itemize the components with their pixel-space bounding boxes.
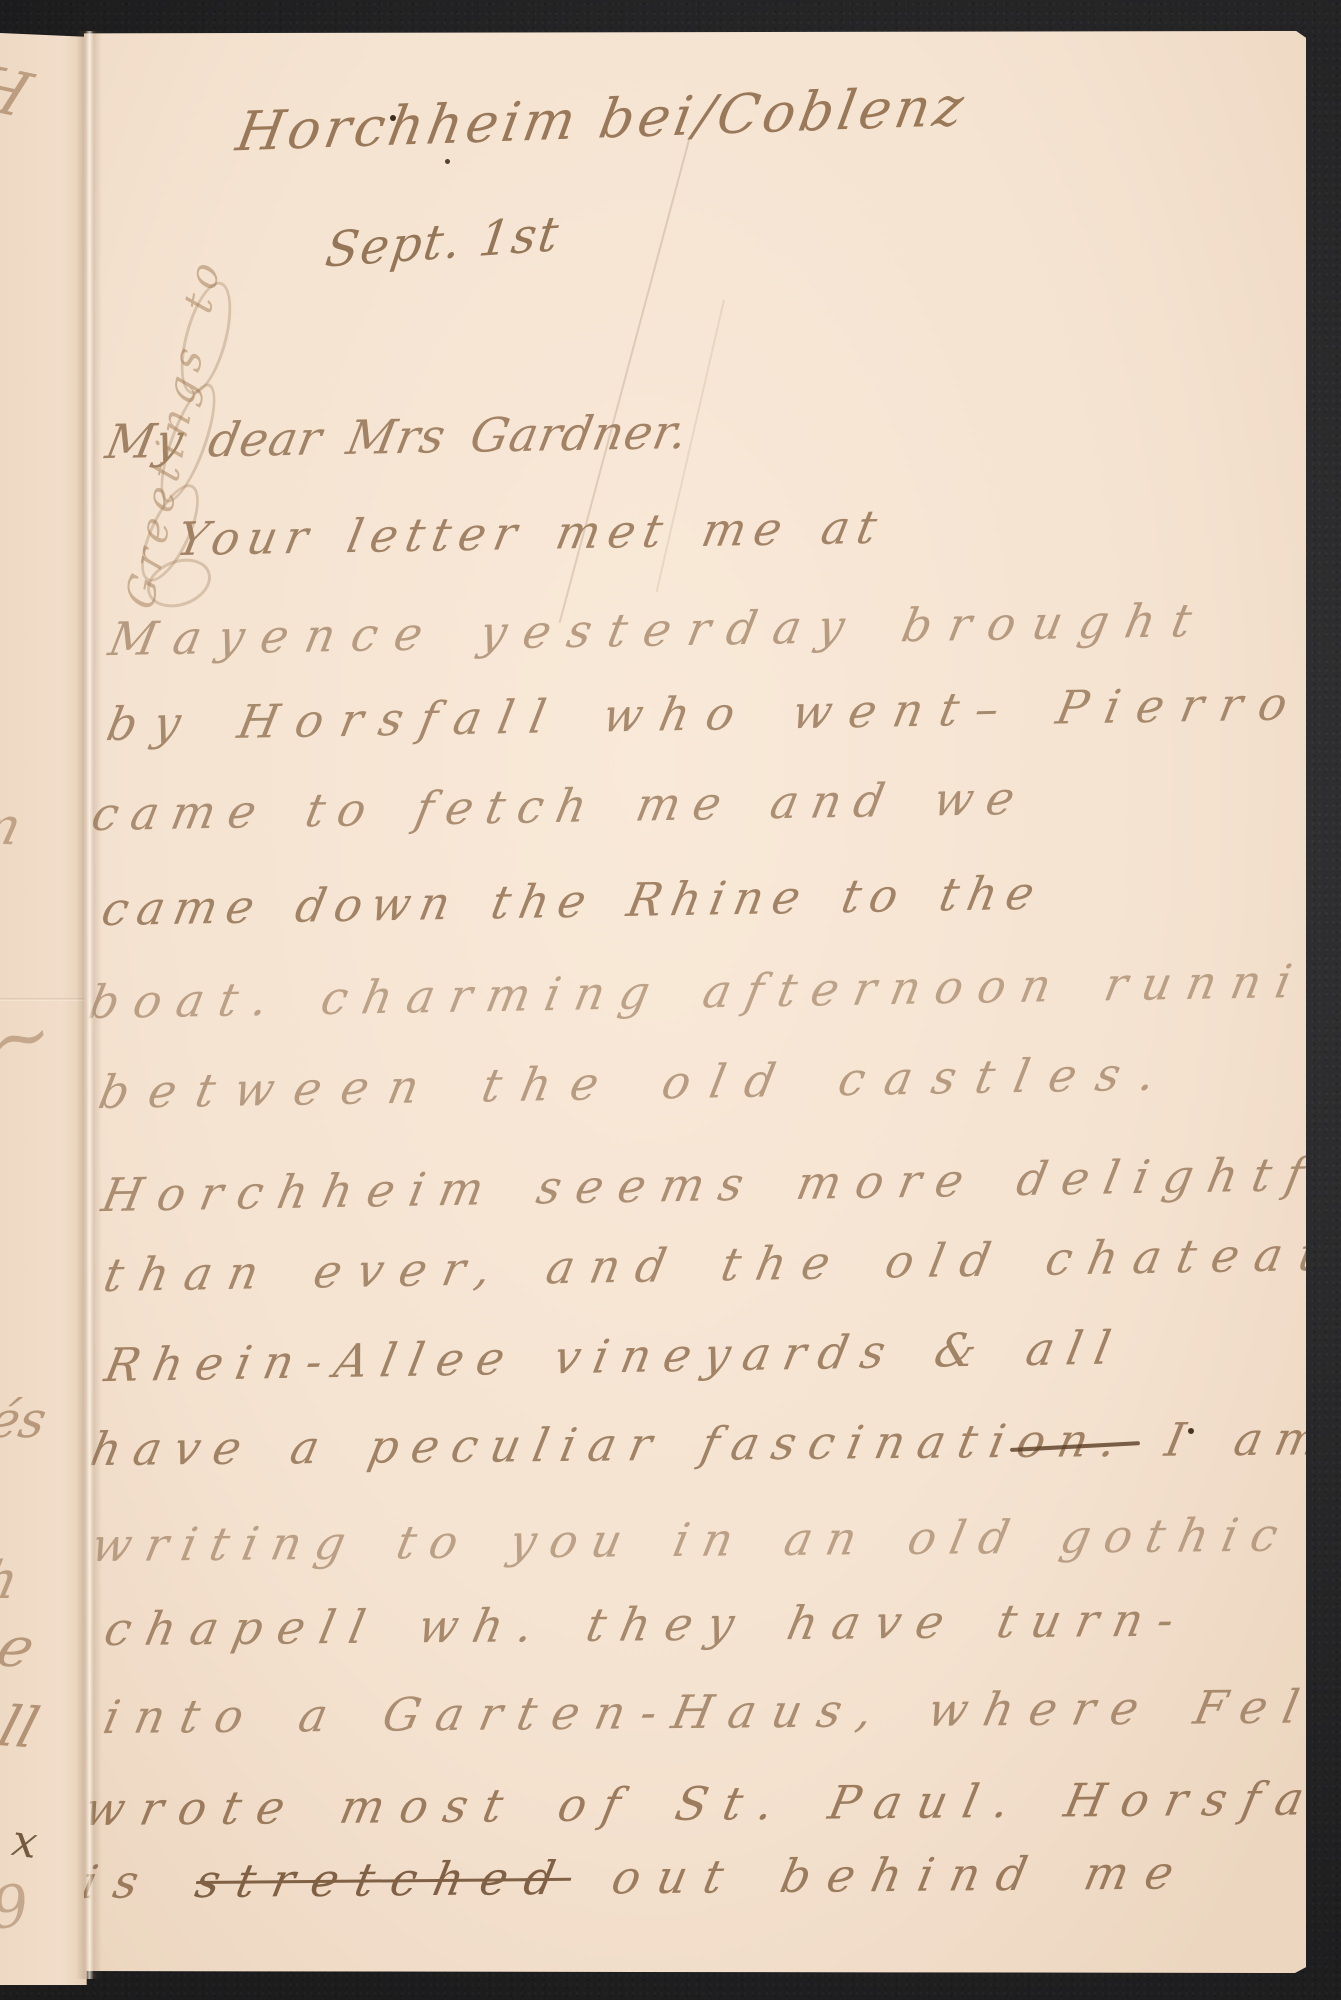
ink-fragment: zés [0,1391,52,1449]
letter-line: than ever, and the old chateau [99,1226,1341,1302]
ink-speck [390,115,396,121]
letter-line-last: is stretched out behind me [77,1845,1195,1909]
letter-line: between the old castles. [94,1046,1179,1119]
ink-fragment: H [0,51,41,131]
letter-line: Horchheim seems more delightful [97,1145,1341,1222]
letter-page: Horchheim bei/Coblenz Sept. 1st My dear … [84,31,1306,1973]
heading-place: Horchheim bei/Coblenz [232,75,972,164]
ink-fragment: h [0,1551,24,1611]
letter-line: came to fetch me and we [87,771,1032,841]
ink-fragment: ~ [0,991,58,1084]
ink-fragment: fall [0,1691,46,1761]
letter-line: into a Garten-Haus, where Felix [99,1679,1341,1744]
last-line-post: out behind me [566,1845,1196,1904]
letter-line: by Horsfall who went– Pierro [102,676,1309,751]
letter-scan-scene: H m ~ s zés h be fall x 9 Horchheim bei/… [0,0,1341,2000]
folded-page-edge: H m ~ s zés h be fall x 9 [0,33,88,1985]
ink-fragment: x [9,1815,41,1869]
letter-line: came down the Rhine to the [97,866,1047,937]
letter-line: Your letter met me at [172,500,889,567]
last-line-pre: is [77,1854,202,1909]
ink-fragment: be [0,1611,43,1681]
heading-date: Sept. 1st [322,206,564,279]
ink-fragment: 9 [0,1871,32,1942]
ink-fragment: s [0,1105,5,1151]
ink-speck [445,159,450,164]
ink-fragment: m [0,795,27,858]
letter-line: boat. charming afternoon running [84,952,1341,1029]
letter-line: have a peculiar fascination. I am [86,1411,1338,1476]
letter-line: writing to you in an old gothic [87,1508,1297,1573]
letter-line: Mayence yesterday brought [104,593,1213,666]
letter-line: Rhein-Allee vineyards & all [100,1320,1128,1392]
letter-line: wrote most of St. Paul. Horsfall [80,1771,1341,1836]
ink-speck [1188,1428,1194,1434]
letter-line: chapell wh. they have turn- [100,1593,1194,1657]
struck-word: stretched [191,1851,577,1908]
